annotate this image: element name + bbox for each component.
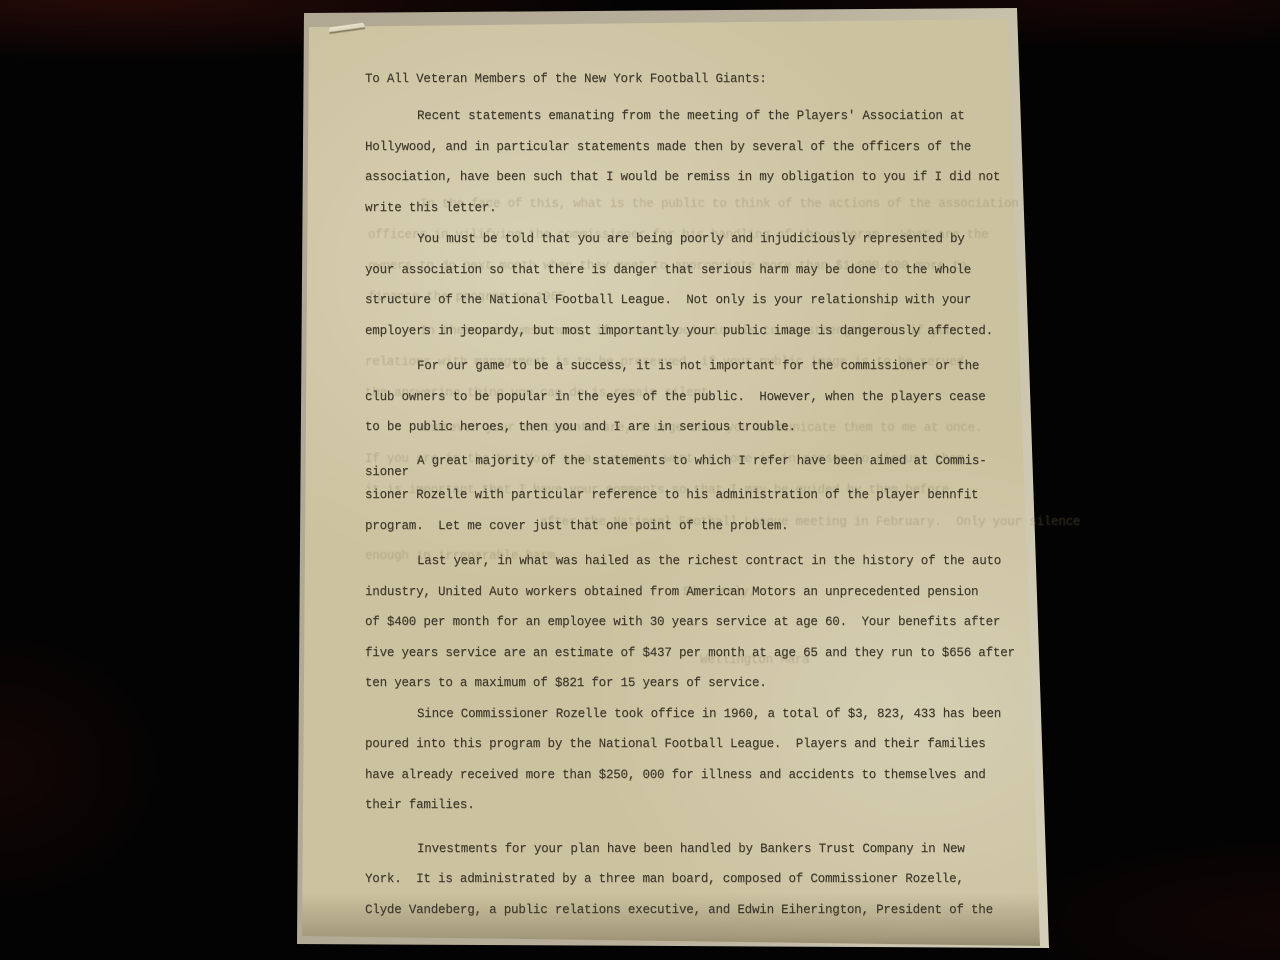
letter-line: industry, United Auto workers obtained f… xyxy=(365,577,1025,608)
letter-line: Hollywood, and in particular statements … xyxy=(365,132,1025,163)
paragraph-7: Investments for your plan have been hand… xyxy=(365,834,1025,926)
paragraph-1: Recent statements emanating from the mee… xyxy=(365,101,1025,223)
letter-line: of $400 per month for an employee with 3… xyxy=(365,607,1025,638)
letter-line: poured into this program by the National… xyxy=(365,729,1025,760)
letter-line: employers in jeopardy, but most importan… xyxy=(365,316,1025,347)
letter-line: Clyde Vandeberg, a public relations exec… xyxy=(365,895,1025,926)
letter-line: five years service are an estimate of $4… xyxy=(365,638,1025,669)
photo-background: In the face of this, what is the public … xyxy=(0,0,1280,960)
letter-line: write this letter. xyxy=(365,193,1025,224)
letter-line: You must be told that you are being poor… xyxy=(365,224,1025,255)
paragraph-5: Last year, in what was hailed as the ric… xyxy=(365,546,1025,699)
paragraph-3: For our game to be a success, it is not … xyxy=(365,351,1025,443)
letter-line: club owners to be popular in the eyes of… xyxy=(365,382,1025,413)
paragraph-2: You must be told that you are being poor… xyxy=(365,224,1025,346)
letter-line: York. It is administrated by a three man… xyxy=(365,864,1025,895)
letter-line: Investments for your plan have been hand… xyxy=(365,834,1025,865)
letter-text: To All Veteran Members of the New York F… xyxy=(365,64,1025,925)
letter-line: program. Let me cover just that one poin… xyxy=(365,511,1025,542)
letter-line: For our game to be a success, it is not … xyxy=(365,351,1025,382)
paragraph-4: A great majority of the statements to wh… xyxy=(365,446,1025,542)
letter-line: Last year, in what was hailed as the ric… xyxy=(365,546,1025,577)
letter-line: have already received more than $250, 00… xyxy=(365,760,1025,791)
letter-line: your association so that there is danger… xyxy=(365,255,1025,286)
letter-line: A great majority of the statements to wh… xyxy=(365,446,1025,477)
letter-line: structure of the National Football Leagu… xyxy=(365,285,1025,316)
letter-line: ten years to a maximum of $821 for 15 ye… xyxy=(365,668,1025,699)
letter-line: Since Commissioner Rozelle took office i… xyxy=(365,699,1025,730)
letter-line: association, have been such that I would… xyxy=(365,162,1025,193)
letter-line: their families. xyxy=(365,790,1025,821)
paragraph-6: Since Commissioner Rozelle took office i… xyxy=(365,699,1025,821)
salutation: To All Veteran Members of the New York F… xyxy=(365,64,1025,95)
letter-line: to be public heroes, then you and I are … xyxy=(365,412,1025,443)
letter-line: Recent statements emanating from the mee… xyxy=(365,101,1025,132)
letter-line: sioner Rozelle with particular reference… xyxy=(365,480,1025,511)
